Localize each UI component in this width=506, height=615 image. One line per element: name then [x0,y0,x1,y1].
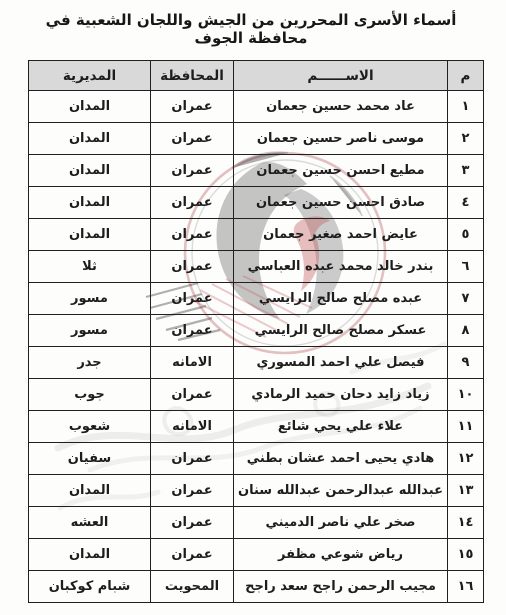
cell-num: ١٦ [448,571,484,603]
cell-num: ١١ [448,411,484,443]
cell-name: عسكر مصلح صالح الرايسي [234,315,448,347]
col-header-governorate: المحافظة [151,61,234,91]
cell-name: بندر خالد محمد عبده العباسي [234,251,448,283]
col-header-directorate: المديرية [29,61,151,91]
cell-name: صادق احسن حسين جعمان [234,187,448,219]
table-row: ٩فيصل علي احمد المسوريالامانهجدر [29,347,484,379]
cell-name: مطيع احسن حسين جعمان [234,155,448,187]
cell-directorate: المدان [29,475,151,507]
prisoners-table: م الاســــــم المحافظة المديرية ١عاد محم… [28,60,484,603]
cell-governorate: عمران [151,539,234,571]
cell-directorate: جوب [29,379,151,411]
cell-directorate: جدر [29,347,151,379]
table-row: ١٢هادي يحيى احمد عشان بطنيعمرانسفيان [29,443,484,475]
table-row: ٦بندر خالد محمد عبده العباسيعمرانثلا [29,251,484,283]
cell-directorate: مسور [29,315,151,347]
table-row: ١٠زياد زايد دحان حميد الرماديعمرانجوب [29,379,484,411]
cell-name: مجيب الرحمن راجح سعد راجح [234,571,448,603]
cell-num: ٣ [448,155,484,187]
cell-directorate: سفيان [29,443,151,475]
cell-directorate: شعوب [29,411,151,443]
cell-name: فيصل علي احمد المسوري [234,347,448,379]
cell-directorate: المدان [29,123,151,155]
table-row: ٥عايض احمد صغير جعمانعمرانالمدان [29,219,484,251]
cell-name: موسى ناصر حسين جعمان [234,123,448,155]
cell-directorate: المدان [29,539,151,571]
cell-name: رياض شوعي مظفر [234,539,448,571]
cell-num: ١٥ [448,539,484,571]
table-header: م الاســــــم المحافظة المديرية [29,61,484,91]
cell-governorate: عمران [151,443,234,475]
document-page: أسماء الأسرى المحررين من الجيش واللجان ا… [0,0,506,615]
cell-governorate: عمران [151,507,234,539]
cell-num: ١٤ [448,507,484,539]
col-header-num: م [448,61,484,91]
cell-num: ٥ [448,219,484,251]
table-row: ١١علاء علي يحي شائعالامانهشعوب [29,411,484,443]
table-row: ٧عبده مصلح صالح الرايسيعمرانمسور [29,283,484,315]
cell-governorate: عمران [151,155,234,187]
document-title: أسماء الأسرى المحررين من الجيش واللجان ا… [24,11,478,47]
cell-num: ٦ [448,251,484,283]
cell-num: ١٣ [448,475,484,507]
cell-name: عايض احمد صغير جعمان [234,219,448,251]
table-row: ٨عسكر مصلح صالح الرايسيعمرانمسور [29,315,484,347]
cell-directorate: المدان [29,91,151,123]
cell-num: ٤ [448,187,484,219]
table-body: ١عاد محمد حسين جعمانعمرانالمدان٢موسى ناص… [29,91,484,603]
table-row: ١٦مجيب الرحمن راجح سعد راجحالمحويتشبام ك… [29,571,484,603]
cell-name: عاد محمد حسين جعمان [234,91,448,123]
table-row: ٣مطيع احسن حسين جعمانعمرانالمدان [29,155,484,187]
table-row: ٢موسى ناصر حسين جعمانعمرانالمدان [29,123,484,155]
cell-num: ١٠ [448,379,484,411]
cell-num: ٧ [448,283,484,315]
cell-governorate: عمران [151,123,234,155]
cell-directorate: المدان [29,155,151,187]
cell-directorate: مسور [29,283,151,315]
table-row: ٤صادق احسن حسين جعمانعمرانالمدان [29,187,484,219]
cell-name: هادي يحيى احمد عشان بطني [234,443,448,475]
table-row: ١عاد محمد حسين جعمانعمرانالمدان [29,91,484,123]
cell-directorate: المدان [29,219,151,251]
table-row: ١٣عبدالله عبدالرحمن عبدالله سنانعمرانالم… [29,475,484,507]
header-row: م الاســــــم المحافظة المديرية [29,61,484,91]
cell-governorate: عمران [151,283,234,315]
cell-governorate: الامانه [151,411,234,443]
cell-name: عبده مصلح صالح الرايسي [234,283,448,315]
cell-name: علاء علي يحي شائع [234,411,448,443]
cell-name: صخر علي ناصر الدميني [234,507,448,539]
cell-num: ١ [448,91,484,123]
cell-directorate: شبام كوكبان [29,571,151,603]
cell-governorate: عمران [151,91,234,123]
cell-num: ٢ [448,123,484,155]
cell-num: ٩ [448,347,484,379]
cell-directorate: المدان [29,187,151,219]
cell-governorate: عمران [151,475,234,507]
cell-directorate: ثلا [29,251,151,283]
cell-governorate: عمران [151,315,234,347]
cell-governorate: الامانه [151,347,234,379]
col-header-name: الاســــــم [234,61,448,91]
cell-governorate: عمران [151,219,234,251]
cell-name: زياد زايد دحان حميد الرمادي [234,379,448,411]
cell-name: عبدالله عبدالرحمن عبدالله سنان [234,475,448,507]
cell-num: ١٢ [448,443,484,475]
cell-governorate: المحويت [151,571,234,603]
cell-directorate: العشه [29,507,151,539]
cell-governorate: عمران [151,379,234,411]
cell-governorate: عمران [151,251,234,283]
table-row: ١٥رياض شوعي مظفرعمرانالمدان [29,539,484,571]
cell-num: ٨ [448,315,484,347]
cell-governorate: عمران [151,187,234,219]
table-row: ١٤صخر علي ناصر الدمينيعمرانالعشه [29,507,484,539]
